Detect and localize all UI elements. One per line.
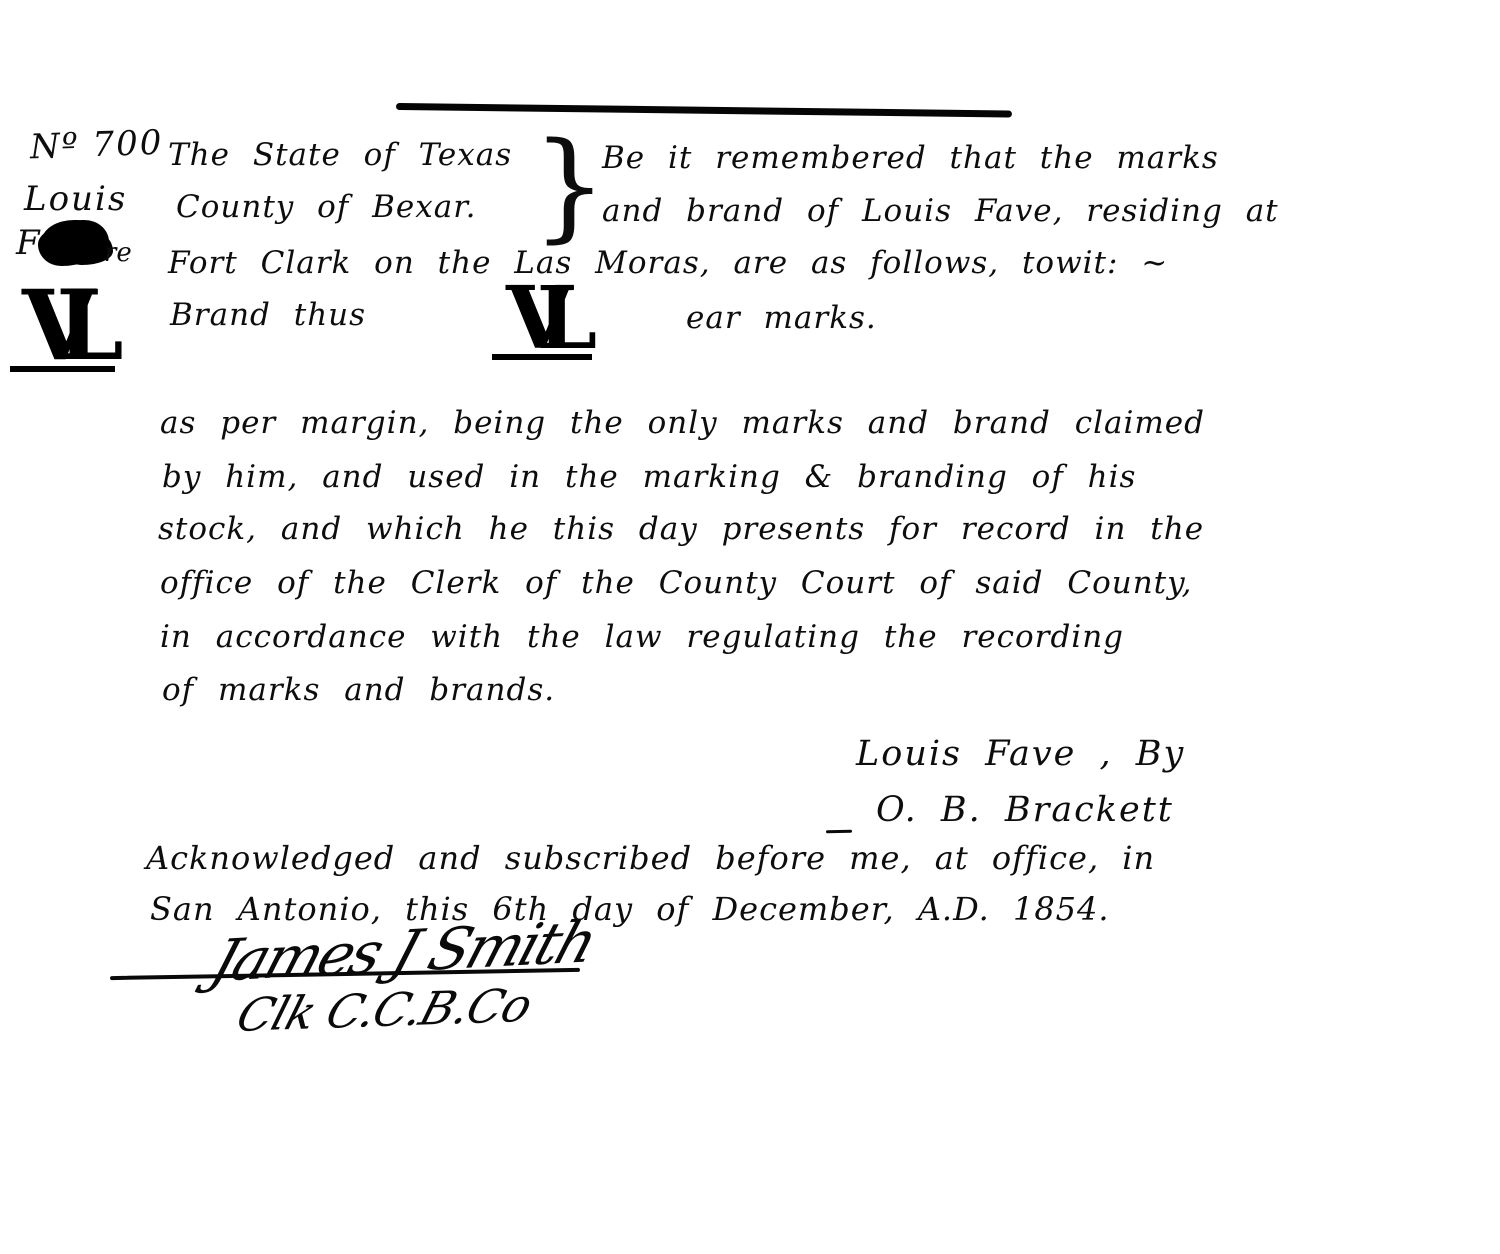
heading-body-line3: Fort Clark on the Las Moras, are as foll… xyxy=(168,248,1168,279)
heading-body-line1: Be it remembered that the marks xyxy=(602,143,1219,174)
ink-blot xyxy=(42,220,104,264)
brand-baseline xyxy=(492,354,592,360)
inline-brand-monogram: VL xyxy=(506,276,561,362)
signature-agent: O. B. Brackett xyxy=(876,793,1174,828)
margin-surname-prefix: F xyxy=(16,226,42,260)
heading-county-line: County of Bexar. xyxy=(176,192,477,223)
brand-thus-label: Brand thus xyxy=(170,300,366,331)
body-line: by him, and used in the marking & brandi… xyxy=(162,462,1136,493)
heading-brace: } xyxy=(532,126,607,244)
margin-record-number: Nº 700 xyxy=(29,126,164,165)
body-line: as per margin, being the only marks and … xyxy=(160,408,1205,439)
brand-baseline xyxy=(10,366,115,372)
ink-dash xyxy=(826,830,852,833)
body-line: office of the Clerk of the County Court … xyxy=(160,568,1192,599)
acknowledgment-line2: San Antonio, this 6th day of December, A… xyxy=(150,893,1110,925)
signature-principal: Louis Fave , By xyxy=(856,737,1185,772)
margin-owner-name: Louis xyxy=(24,182,127,216)
body-line: stock, and which he this day presents fo… xyxy=(158,514,1204,545)
margin-brand-monogram: VL xyxy=(22,278,83,374)
margin-surname-suffix: re xyxy=(104,240,132,266)
body-line: of marks and brands. xyxy=(162,675,555,706)
body-line: in accordance with the law regulating th… xyxy=(160,622,1124,653)
ink-rule xyxy=(396,103,1012,118)
ear-marks-label: ear marks. xyxy=(686,303,877,334)
clerk-title: Clk C.C.B.Co xyxy=(232,982,537,1038)
scanned-document-page: Nº 700 Louis F re VL The State of Texas … xyxy=(0,0,1500,1254)
clerk-signature: James J Smith xyxy=(205,913,602,990)
heading-state-line: The State of Texas xyxy=(168,140,512,171)
acknowledgment-line1: Acknowledged and subscribed before me, a… xyxy=(146,842,1155,874)
heading-body-line2: and brand of Louis Fave, residing at xyxy=(602,196,1279,227)
